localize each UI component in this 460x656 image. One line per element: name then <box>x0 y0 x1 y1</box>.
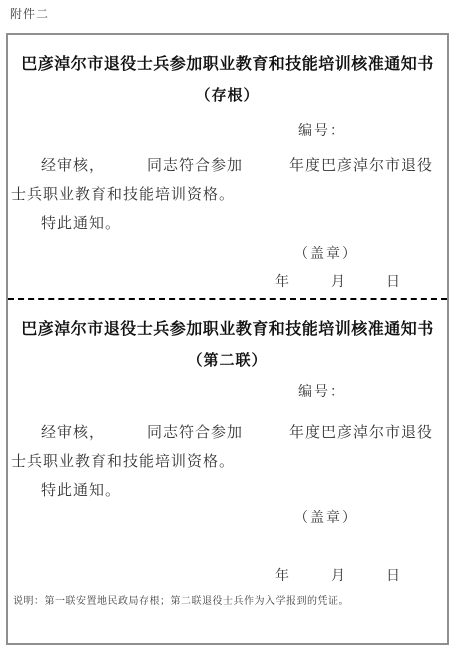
stamp-label: （盖章） <box>8 506 447 532</box>
section-second-copy: 巴彦淖尔市退役士兵参加职业教育和技能培训核准通知书 （第二联） 编号： 经审核，… <box>8 318 447 610</box>
section-title: 巴彦淖尔市退役士兵参加职业教育和技能培训核准通知书 <box>14 53 441 77</box>
year-fill-blank <box>243 427 289 437</box>
notice-line: 特此通知。 <box>11 210 444 239</box>
footnote-explanation: 说明：第一联安置地民政局存根；第二联退役士兵作为入学报到的凭证。 <box>13 594 442 610</box>
serial-number-row: 编号： <box>8 123 447 141</box>
date-year-label: 年 <box>275 275 289 290</box>
serial-number-blank <box>346 384 436 396</box>
body-paragraph: 经审核，同志符合参加年度巴彦淖尔市退役士兵职业教育和技能培训资格。 <box>11 152 444 210</box>
serial-number-label: 编号： <box>298 385 346 400</box>
date-year-label: 年 <box>275 569 289 584</box>
date-row: 年月日 <box>8 564 447 590</box>
tear-divider-line <box>8 298 447 300</box>
date-row: 年月日 <box>8 270 447 296</box>
date-day-label: 日 <box>386 569 400 584</box>
notice-line: 特此通知。 <box>11 477 444 506</box>
name-fill-blank <box>105 427 147 437</box>
stamp-label: （盖章） <box>8 242 447 268</box>
serial-number-blank <box>346 123 436 135</box>
date-day-label: 日 <box>386 275 400 290</box>
serial-number-row: 编号： <box>8 384 447 402</box>
document-page: 附件二 巴彦淖尔市退役士兵参加职业教育和技能培训核准通知书 （存根） 编号： 经… <box>0 0 460 656</box>
notice-form-box: 巴彦淖尔市退役士兵参加职业教育和技能培训核准通知书 （存根） 编号： 经审核，同… <box>6 33 449 645</box>
name-fill-blank <box>105 160 147 170</box>
body-lead: 经审核， <box>41 425 105 441</box>
body-paragraph: 经审核，同志符合参加年度巴彦淖尔市退役士兵职业教育和技能培训资格。 <box>11 419 444 477</box>
date-month-label: 月 <box>331 569 345 584</box>
section-subtitle: （存根） <box>8 85 447 107</box>
attachment-label: 附件二 <box>10 5 49 22</box>
section-subtitle: （第二联） <box>8 350 447 372</box>
serial-number-label: 编号： <box>298 124 346 139</box>
body-lead: 经审核， <box>41 158 105 174</box>
body-mid: 同志符合参加 <box>147 158 243 174</box>
date-month-label: 月 <box>331 275 345 290</box>
body-mid: 同志符合参加 <box>147 425 243 441</box>
section-stub: 巴彦淖尔市退役士兵参加职业教育和技能培训核准通知书 （存根） 编号： 经审核，同… <box>8 53 447 296</box>
year-fill-blank <box>243 160 289 170</box>
section-title: 巴彦淖尔市退役士兵参加职业教育和技能培训核准通知书 <box>14 318 441 342</box>
